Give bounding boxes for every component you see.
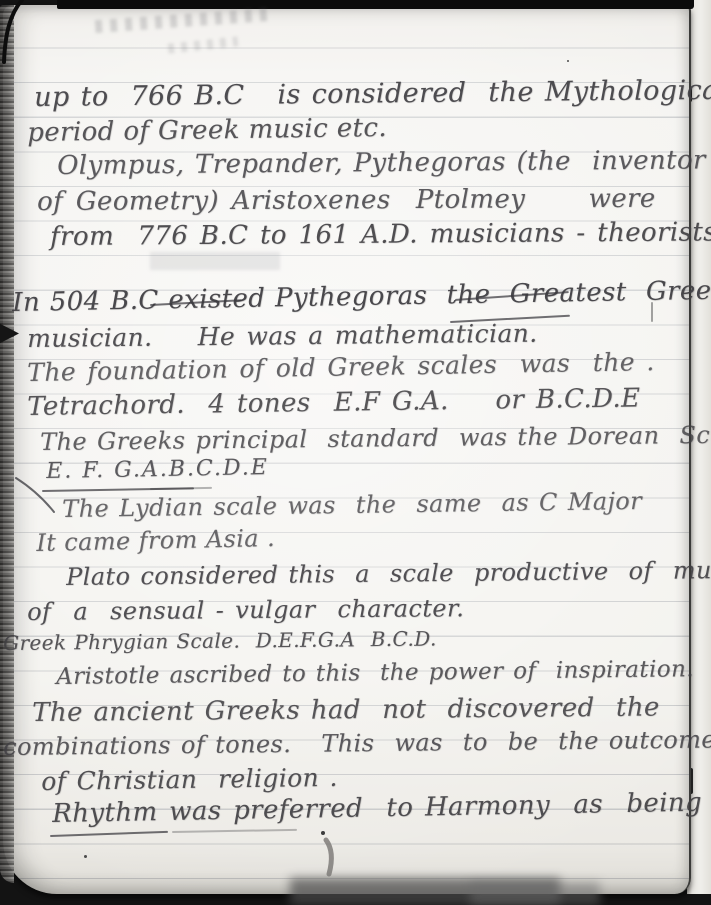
handwritten-line: The Greeks principal standard was the Do… <box>40 420 711 456</box>
handwritten-line: musician. He was a mathematician. <box>27 319 538 353</box>
handwritten-line: In 504 B.C existed Pythegoras the Greate… <box>12 276 711 318</box>
handwritten-line: period of Greek music etc. <box>27 113 387 148</box>
handwritten-line: Aristotle ascribed to this the power of … <box>56 656 694 690</box>
handwriting-layer: up to 766 B.C is considered the Mytholog… <box>0 0 711 905</box>
handwritten-line: The ancient Greeks had not discovered th… <box>32 693 660 728</box>
handwritten-line: The Lydian scale was the same as C Major <box>62 487 642 523</box>
handwritten-line: It came from Asia . <box>36 524 275 557</box>
handwritten-line: Tetrachord. 4 tones E.F G.A. or B.C.D.E <box>27 383 641 422</box>
handwritten-line: from 776 B.C to 161 A.D. musicians - the… <box>50 217 711 252</box>
handwritten-line: Greek Phrygian Scale. D.E.F.G.A B.C.D. <box>3 626 437 655</box>
handwritten-line: of Christian religion . <box>41 763 338 796</box>
handwritten-line: The foundation of old Greek scales was t… <box>27 347 655 387</box>
handwritten-line: of a sensual - vulgar character. <box>27 594 464 626</box>
handwritten-line: of Geometry) Aristoxenes Ptolmey were <box>37 184 656 217</box>
handwritten-line: combinations of tones. This was to be th… <box>3 726 711 761</box>
scanned-notebook-page: up to 766 B.C is considered the Mytholog… <box>0 0 711 905</box>
handwritten-line: Plato considered this a scale productive… <box>66 556 711 591</box>
handwritten-line: up to 766 B.C is considered the Mytholog… <box>34 75 711 113</box>
handwritten-line: Olympus, Trepander, Pythegoras (the inve… <box>57 145 706 181</box>
handwritten-line: E. F. G.A.B.C.D.E <box>46 455 269 484</box>
